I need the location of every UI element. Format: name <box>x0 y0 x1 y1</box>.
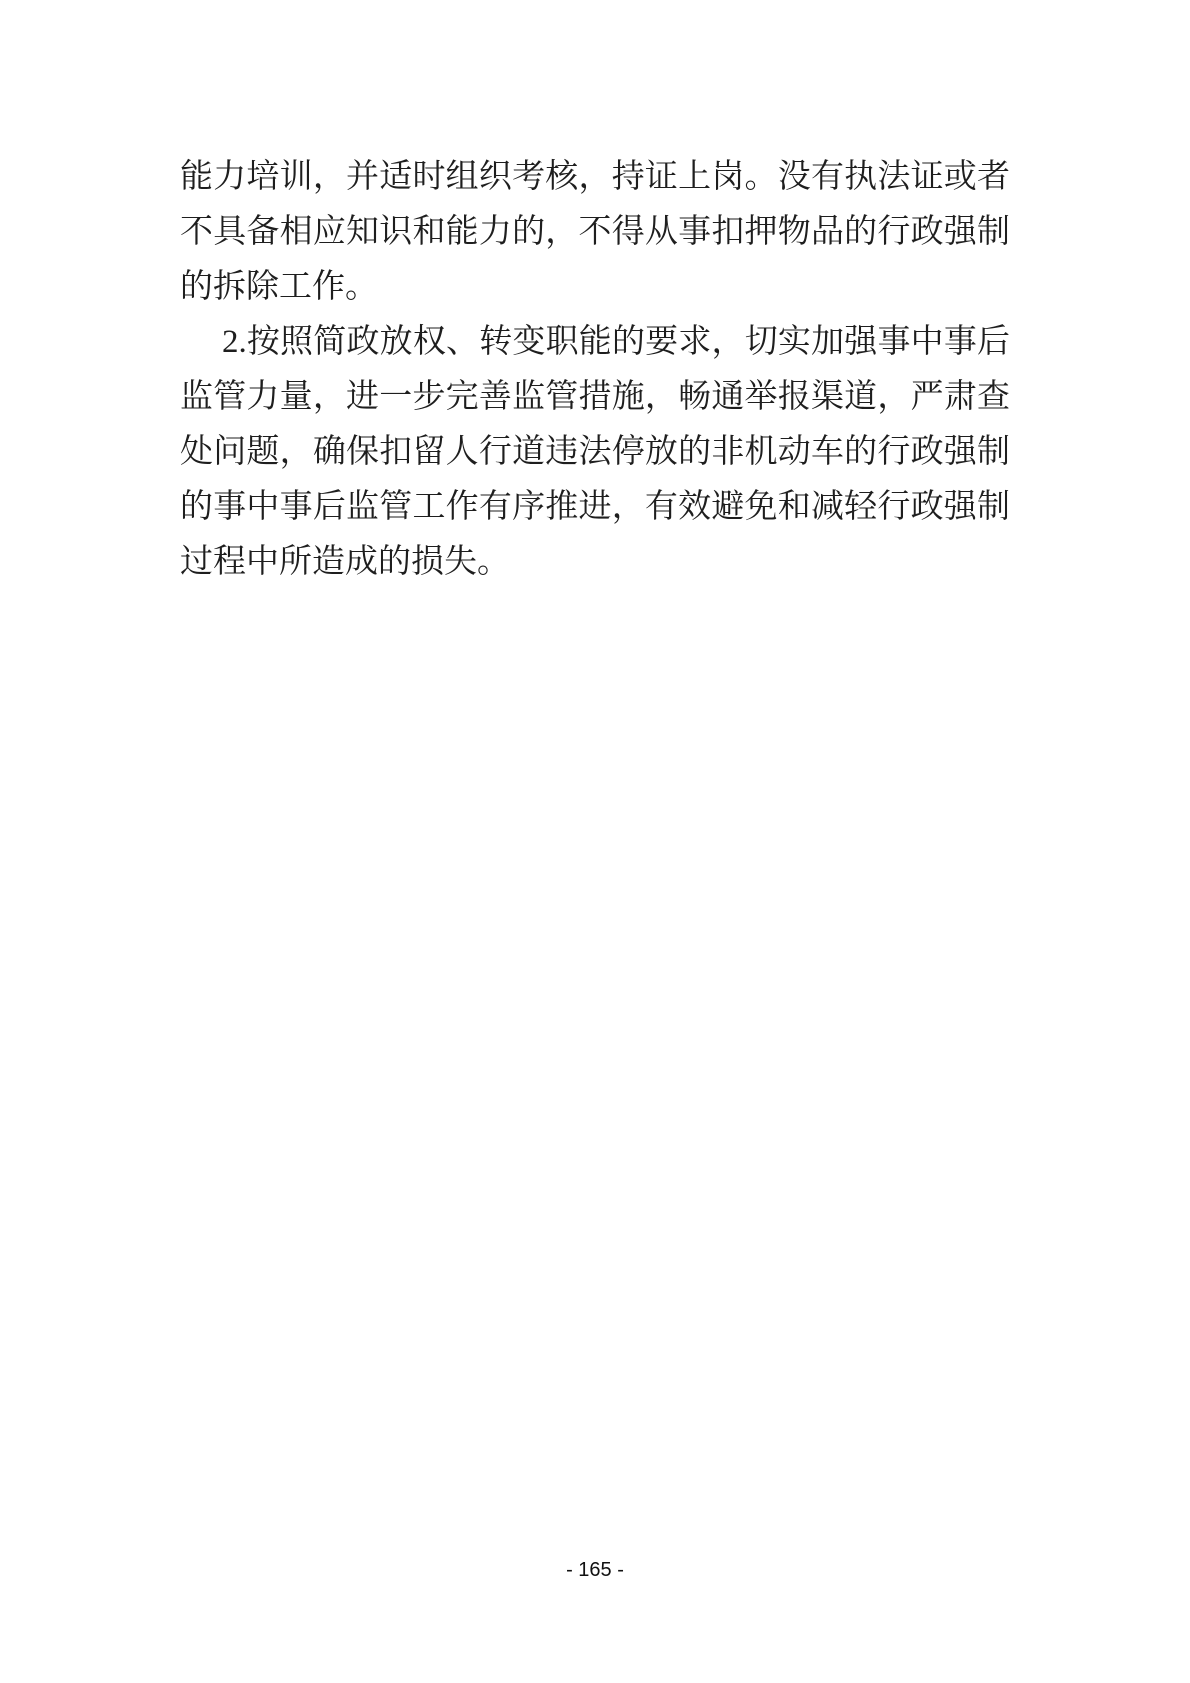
paragraph-item-2: 2.按照简政放权、转变职能的要求，切实加强事中事后监管力量，进一步完善监管措施，… <box>180 315 1010 590</box>
page-number: - 165 - <box>0 1556 1190 1584</box>
paragraph-continuation: 能力培训，并适时组织考核，持证上岗。没有执法证或者不具备相应知识和能力的，不得从… <box>180 150 1010 315</box>
text-block: 能力培训，并适时组织考核，持证上岗。没有执法证或者不具备相应知识和能力的，不得从… <box>180 150 1010 590</box>
document-page: 能力培训，并适时组织考核，持证上岗。没有执法证或者不具备相应知识和能力的，不得从… <box>0 0 1190 1683</box>
